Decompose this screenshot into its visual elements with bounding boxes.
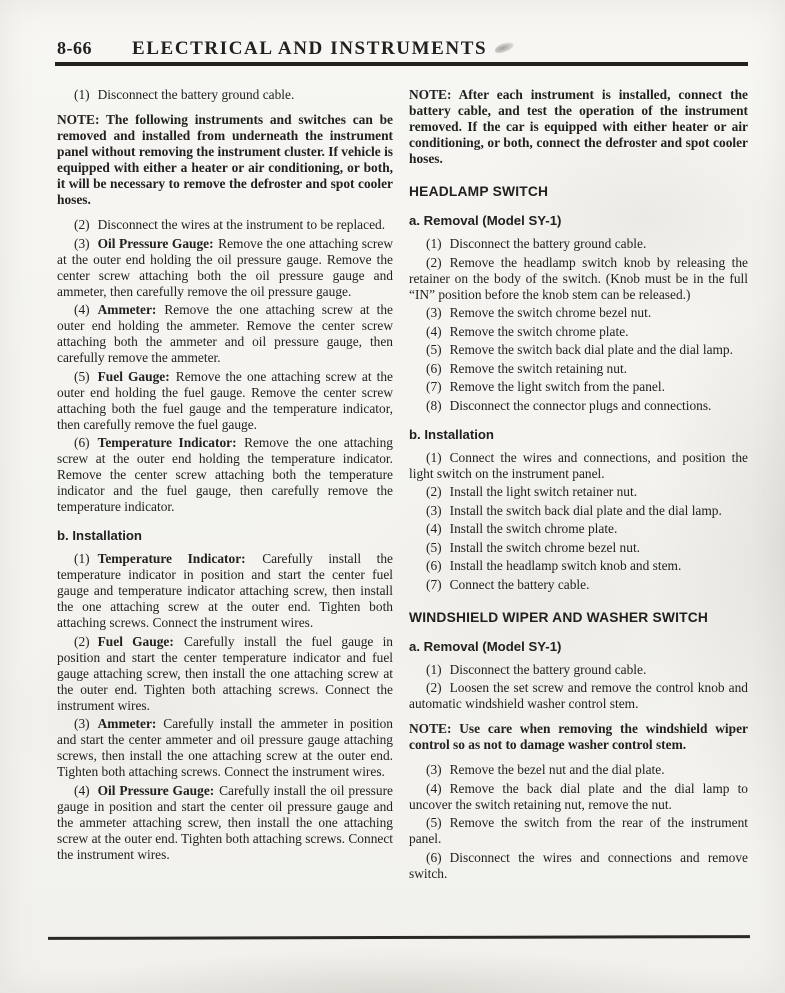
subsection-heading: b. Installation: [57, 528, 393, 544]
step-lead: Ammeter:: [98, 302, 157, 317]
step-paragraph: (4)Ammeter: Remove the one attaching scr…: [57, 302, 393, 366]
step-text: Disconnect the connector plugs and conne…: [450, 398, 712, 413]
note-paragraph: NOTE: Use care when removing the windshi…: [409, 721, 748, 753]
column-left: (1)Disconnect the battery ground cable.N…: [57, 86, 393, 934]
step-paragraph: (5)Fuel Gauge: Remove the one attaching …: [57, 369, 393, 433]
step-text: Remove the switch retaining nut.: [450, 361, 627, 376]
step-number: (5): [426, 342, 442, 357]
note-paragraph: NOTE: The following instruments and swit…: [57, 112, 393, 208]
manual-page: 8-66ELECTRICAL AND INSTRUMENTS (1)Discon…: [0, 0, 785, 993]
step-text: Remove the headlamp switch knob by relea…: [409, 255, 748, 302]
step-paragraph: (3)Oil Pressure Gauge: Remove the one at…: [57, 236, 393, 300]
column-right: NOTE: After each instrument is installed…: [409, 86, 748, 934]
footer-rule: [48, 935, 750, 940]
step-number: (1): [74, 551, 90, 566]
step-number: (5): [426, 540, 442, 555]
step-number: (5): [426, 815, 442, 830]
step-number: (2): [426, 680, 442, 695]
step-paragraph: (3)Ammeter: Carefully install the ammete…: [57, 716, 393, 780]
step-lead: Fuel Gauge:: [98, 369, 170, 384]
step-paragraph: (1)Disconnect the battery ground cable.: [409, 662, 748, 678]
step-number: (4): [74, 783, 90, 798]
step-number: (1): [426, 236, 442, 251]
step-paragraph: (1)Temperature Indicator: Carefully inst…: [57, 551, 393, 631]
step-number: (3): [74, 716, 90, 731]
step-text: Connect the battery cable.: [450, 577, 590, 592]
step-text: Remove the light switch from the panel.: [450, 379, 665, 394]
step-text: Remove the switch chrome plate.: [450, 324, 629, 339]
step-paragraph: (5)Install the switch chrome bezel nut.: [409, 540, 748, 556]
step-number: (2): [426, 255, 442, 270]
subsection-heading: a. Removal (Model SY-1): [409, 639, 748, 655]
step-text: Disconnect the wires at the instrument t…: [98, 217, 385, 232]
step-number: (4): [426, 324, 442, 339]
step-paragraph: (3)Install the switch back dial plate an…: [409, 503, 748, 519]
step-number: (8): [426, 398, 442, 413]
step-paragraph: (1)Disconnect the battery ground cable.: [57, 87, 393, 103]
step-text: Remove the switch chrome bezel nut.: [450, 305, 652, 320]
step-paragraph: (2)Loosen the set screw and remove the c…: [409, 680, 748, 712]
step-paragraph: (4)Remove the switch chrome plate.: [409, 324, 748, 340]
subsection-heading: a. Removal (Model SY-1): [409, 213, 748, 229]
step-text: Install the switch chrome bezel nut.: [450, 540, 640, 555]
step-number: (7): [426, 379, 442, 394]
step-text: Install the switch chrome plate.: [450, 521, 618, 536]
step-number: (4): [426, 521, 442, 536]
step-text: Install the switch back dial plate and t…: [450, 503, 722, 518]
step-number: (2): [426, 484, 442, 499]
step-paragraph: (2)Install the light switch retainer nut…: [409, 484, 748, 500]
step-paragraph: (1)Connect the wires and connections, an…: [409, 450, 748, 482]
step-number: (6): [426, 558, 442, 573]
step-text: Disconnect the battery ground cable.: [450, 236, 647, 251]
step-text: Remove the switch from the rear of the i…: [409, 815, 748, 846]
step-paragraph: (4)Install the switch chrome plate.: [409, 521, 748, 537]
page-title: ELECTRICAL AND INSTRUMENTS: [132, 38, 487, 59]
step-number: (6): [426, 850, 442, 865]
step-paragraph: (5)Remove the switch from the rear of th…: [409, 815, 748, 847]
step-text: Disconnect the battery ground cable.: [98, 87, 295, 102]
header-rule: [55, 62, 748, 66]
subsection-heading: b. Installation: [409, 427, 748, 443]
step-lead: Fuel Gauge:: [98, 634, 174, 649]
step-paragraph: (6)Temperature Indicator: Remove the one…: [57, 435, 393, 515]
step-number: (1): [426, 662, 442, 677]
step-paragraph: (6)Disconnect the wires and connections …: [409, 850, 748, 882]
step-number: (3): [426, 503, 442, 518]
step-text: Connect the wires and connections, and p…: [409, 450, 748, 481]
step-paragraph: (3)Remove the bezel nut and the dial pla…: [409, 762, 748, 778]
step-text: Loosen the set screw and remove the cont…: [409, 680, 748, 711]
step-number: (6): [74, 435, 90, 450]
step-number: (3): [426, 762, 442, 777]
step-number: (3): [74, 236, 90, 251]
step-paragraph: (7)Remove the light switch from the pane…: [409, 379, 748, 395]
step-number: (4): [74, 302, 90, 317]
step-number: (1): [426, 450, 442, 465]
step-number: (2): [74, 634, 90, 649]
step-text: Disconnect the battery ground cable.: [450, 662, 647, 677]
step-paragraph: (6)Remove the switch retaining nut.: [409, 361, 748, 377]
page-header: 8-66ELECTRICAL AND INSTRUMENTS: [57, 38, 748, 60]
step-lead: Temperature Indicator:: [98, 551, 246, 566]
step-text: Install the light switch retainer nut.: [450, 484, 637, 499]
step-number: (3): [426, 305, 442, 320]
step-lead: Oil Pressure Gauge:: [98, 783, 215, 798]
step-number: (4): [426, 781, 442, 796]
step-paragraph: (3)Remove the switch chrome bezel nut.: [409, 305, 748, 321]
step-number: (1): [74, 87, 90, 102]
section-heading: HEADLAMP SWITCH: [409, 184, 748, 200]
step-number: (7): [426, 577, 442, 592]
page-body: (1)Disconnect the battery ground cable.N…: [57, 86, 748, 934]
step-text: Remove the switch back dial plate and th…: [450, 342, 733, 357]
step-paragraph: (4)Oil Pressure Gauge: Carefully install…: [57, 783, 393, 863]
section-heading: WINDSHIELD WIPER AND WASHER SWITCH: [409, 610, 748, 626]
page-number: 8-66: [57, 38, 92, 58]
note-paragraph: NOTE: After each instrument is installed…: [409, 87, 748, 167]
step-lead: Oil Pressure Gauge:: [98, 236, 214, 251]
step-paragraph: (2)Fuel Gauge: Carefully install the fue…: [57, 634, 393, 714]
step-number: (2): [74, 217, 90, 232]
step-paragraph: (2)Disconnect the wires at the instrumen…: [57, 217, 393, 233]
step-paragraph: (1)Disconnect the battery ground cable.: [409, 236, 748, 252]
step-number: (5): [74, 369, 90, 384]
step-paragraph: (4)Remove the back dial plate and the di…: [409, 781, 748, 813]
step-text: Install the headlamp switch knob and ste…: [450, 558, 682, 573]
step-lead: Temperature Indicator:: [98, 435, 237, 450]
ink-smudge: [494, 40, 516, 55]
step-paragraph: (7)Connect the battery cable.: [409, 577, 748, 593]
step-text: Remove the back dial plate and the dial …: [409, 781, 748, 812]
step-number: (6): [426, 361, 442, 376]
step-paragraph: (5)Remove the switch back dial plate and…: [409, 342, 748, 358]
step-text: Disconnect the wires and connections and…: [409, 850, 748, 881]
step-lead: Ammeter:: [98, 716, 157, 731]
step-paragraph: (8)Disconnect the connector plugs and co…: [409, 398, 748, 414]
step-paragraph: (2)Remove the headlamp switch knob by re…: [409, 255, 748, 303]
step-text: Remove the bezel nut and the dial plate.: [450, 762, 665, 777]
step-paragraph: (6)Install the headlamp switch knob and …: [409, 558, 748, 574]
